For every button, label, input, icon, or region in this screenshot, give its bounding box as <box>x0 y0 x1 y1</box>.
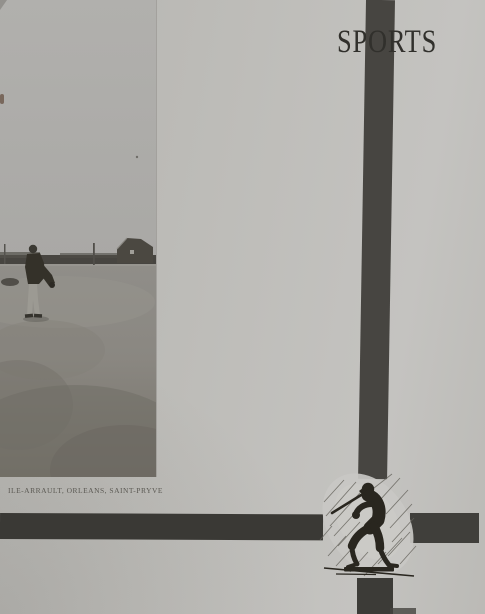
dust-speck <box>136 156 138 158</box>
scan-bottom-smear <box>390 608 416 614</box>
runner-illustration <box>316 472 420 584</box>
field-photo-image <box>0 0 156 477</box>
photo-sky <box>0 0 156 262</box>
field-photograph <box>0 0 157 477</box>
divider-bar-vertical-top <box>358 0 395 479</box>
athlete-silhouette-icon <box>316 472 420 584</box>
photo-caption: ILE-ARRAULT, ORLEANS, SAINT-PRYVE <box>8 486 163 495</box>
equipment-bag <box>1 278 19 286</box>
divider-bar-horizontal-right <box>410 513 479 543</box>
divider-bar-horizontal-left <box>0 513 323 540</box>
scanned-yearbook-page: SPORTS <box>0 0 485 614</box>
pole <box>93 243 95 265</box>
page-title: SPORTS <box>337 25 437 59</box>
scan-edge-mark <box>0 94 4 104</box>
